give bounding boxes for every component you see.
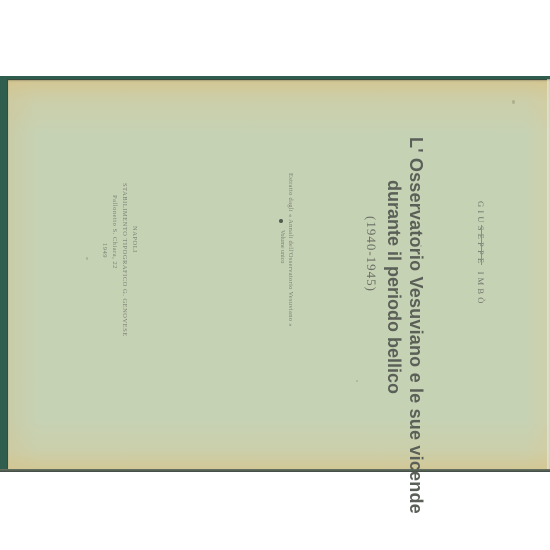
paper-blemish <box>512 100 515 104</box>
paper-blemish <box>356 380 358 382</box>
ink-speck <box>279 219 283 223</box>
title-line-1: L' Osservatorio Vesuviano e le sue vicen… <box>405 137 426 514</box>
author-underline <box>481 225 482 265</box>
publication-year: 1949 <box>101 243 108 258</box>
title-dates: (1940-1945) <box>363 216 379 292</box>
publisher-city: NAPOLI <box>131 226 138 253</box>
paper-sheet <box>7 79 550 470</box>
extract-volume: Volume unico <box>279 230 285 263</box>
publisher-address: Pallonetto S. Chiara, 22 <box>111 195 118 269</box>
publisher-printer: STABILIMENTO TIPOGRAFICO G. GENOVESE <box>121 183 128 337</box>
paper-blemish <box>86 257 88 260</box>
paper-blemish <box>420 245 422 247</box>
extract-note: Estratto dagli « Annali dell'Osservatori… <box>287 173 294 327</box>
frame-bottom-edge <box>0 469 550 472</box>
title-line-2: durante il periodo bellico <box>383 180 404 394</box>
